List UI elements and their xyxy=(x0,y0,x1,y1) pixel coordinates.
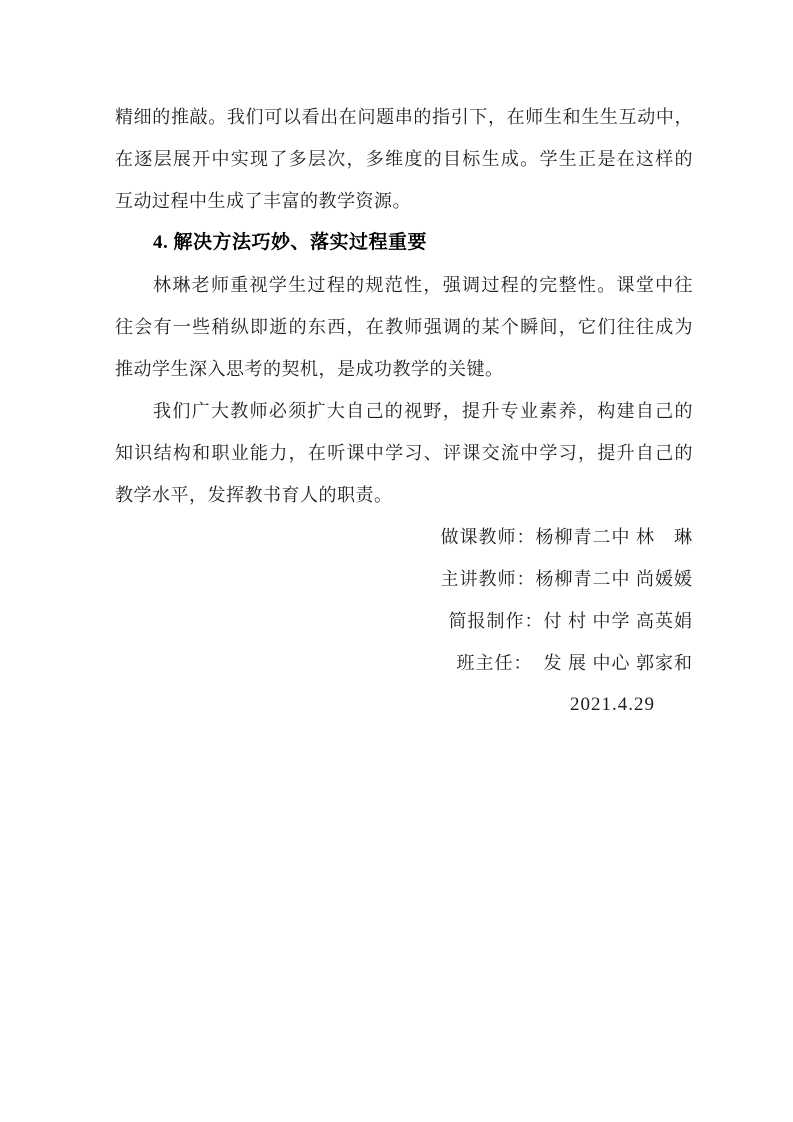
paragraph-continuation: 精细的推敲。我们可以看出在问题串的指引下，在师生和生生互动中， 在逐层展开中实现… xyxy=(115,96,693,222)
paragraph-line: 在逐层展开中实现了多层次，多维度的目标生成。学生正是在这样的 xyxy=(115,138,693,180)
paragraph-line: 往会有一些稍纵即逝的东西，在教师强调的某个瞬间，它们往往成为 xyxy=(115,306,693,348)
section-heading: 4. 解决方法巧妙、落实过程重要 xyxy=(115,222,693,264)
paragraph-line: 教学水平，发挥教书育人的职责。 xyxy=(115,474,693,516)
paragraph: 我们广大教师必须扩大自己的视野，提升专业素养，构建自己的 知识结构和职业能力，在… xyxy=(115,390,693,516)
page: 精细的推敲。我们可以看出在问题串的指引下，在师生和生生互动中， 在逐层展开中实现… xyxy=(0,0,793,1122)
paragraph-line: 知识结构和职业能力，在听课中学习、评课交流中学习，提升自己的 xyxy=(115,432,693,474)
signature-line: 简报制作：付 村 中学 高英娟 xyxy=(115,600,693,642)
signature-line: 做课教师：杨柳青二中 林 琳 xyxy=(115,516,693,558)
paragraph-line: 我们广大教师必须扩大自己的视野，提升专业素养，构建自己的 xyxy=(115,390,693,432)
paragraph-line: 林琳老师重视学生过程的规范性，强调过程的完整性。课堂中往 xyxy=(115,264,693,306)
date-line: 2021.4.29 xyxy=(115,684,693,726)
paragraph-line: 推动学生深入思考的契机，是成功教学的关键。 xyxy=(115,348,693,390)
paragraph: 林琳老师重视学生过程的规范性，强调过程的完整性。课堂中往 往会有一些稍纵即逝的东… xyxy=(115,264,693,390)
paragraph-line: 精细的推敲。我们可以看出在问题串的指引下，在师生和生生互动中， xyxy=(115,96,693,138)
paragraph-line: 互动过程中生成了丰富的教学资源。 xyxy=(115,180,693,222)
signature-line: 班主任： 发 展 中心 郭家和 xyxy=(115,642,693,684)
signature-block: 做课教师：杨柳青二中 林 琳 主讲教师：杨柳青二中 尚媛媛 简报制作：付 村 中… xyxy=(115,516,693,684)
signature-line: 主讲教师：杨柳青二中 尚媛媛 xyxy=(115,558,693,600)
document-content: 精细的推敲。我们可以看出在问题串的指引下，在师生和生生互动中， 在逐层展开中实现… xyxy=(115,96,693,726)
